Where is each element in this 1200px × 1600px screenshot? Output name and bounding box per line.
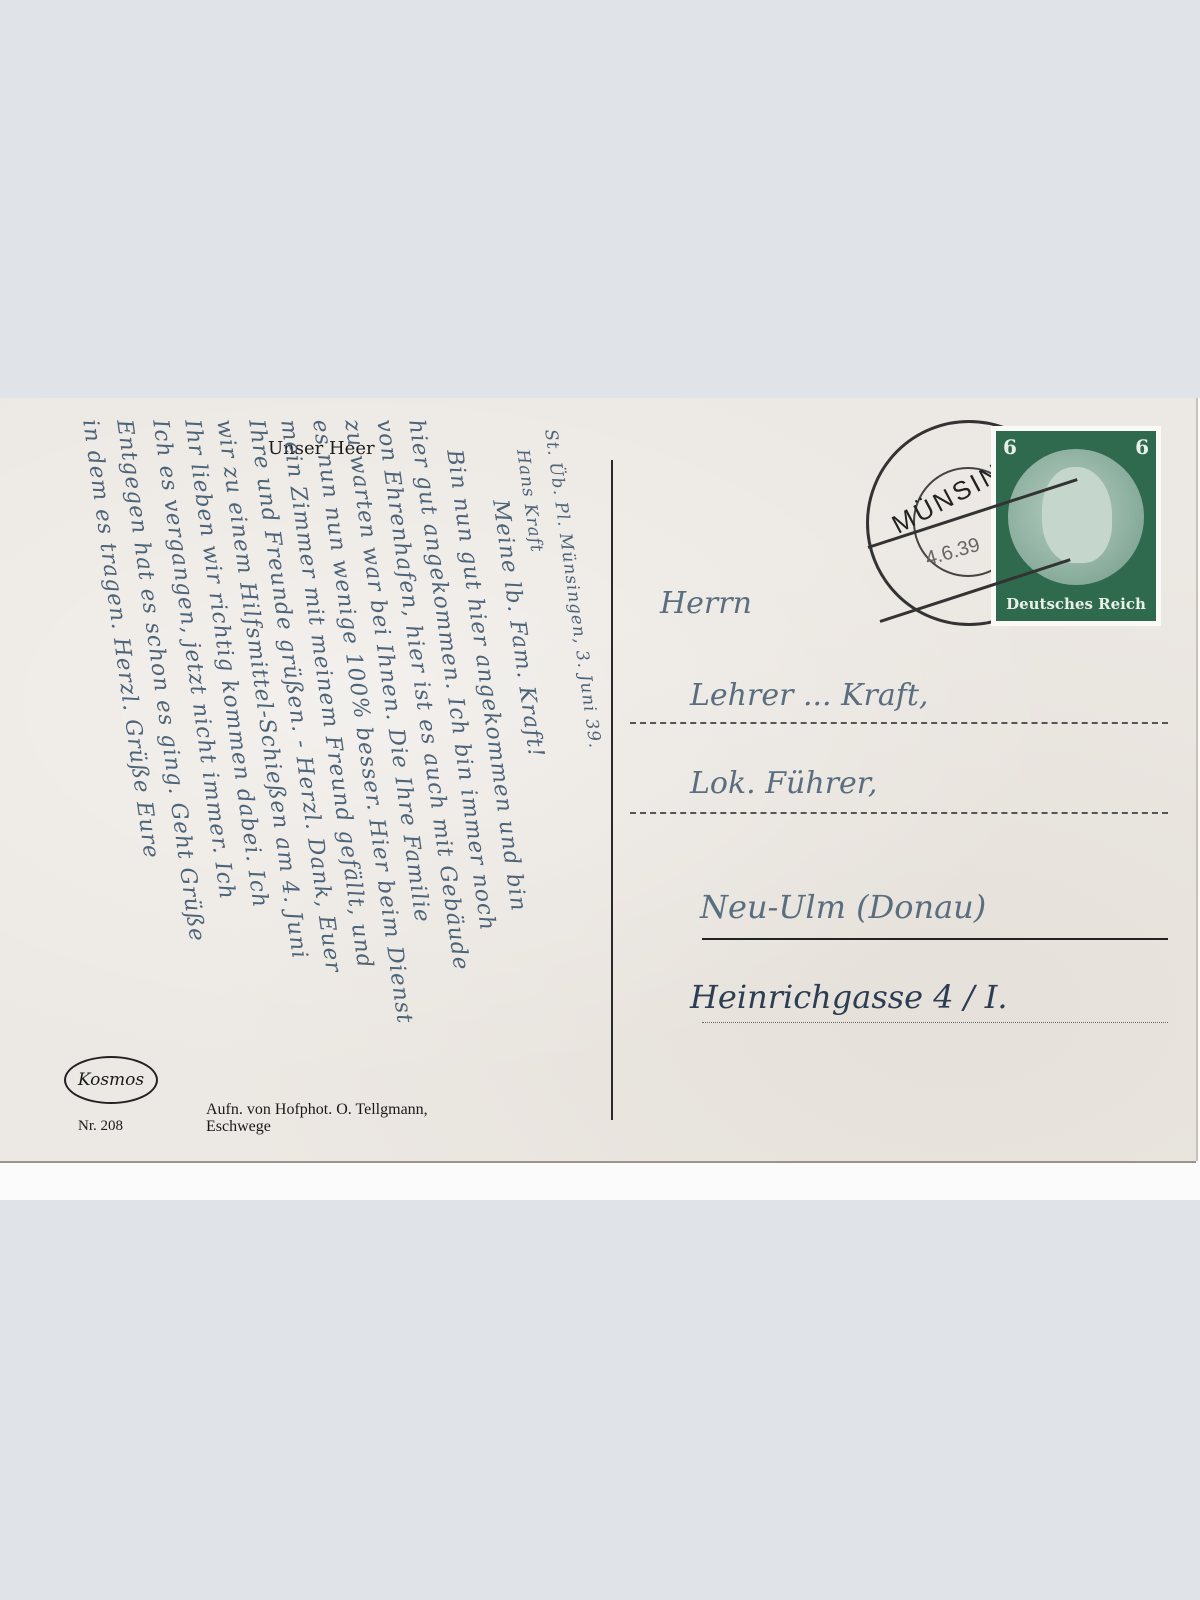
postcard: Unser Heer St. Üb. Pl. Münsingen, 3. Jun… <box>0 398 1196 1161</box>
publisher-number: Nr. 208 <box>78 1118 123 1135</box>
address-line1: Lehrer ... Kraft, <box>690 678 928 713</box>
photo-credit: Aufn. von Hofphot. O. Tellgmann, Eschweg… <box>206 1101 428 1135</box>
handwritten-message: St. Üb. Pl. Münsingen, 3. Juni 39. Hans … <box>20 408 600 1108</box>
address-city: Neu-Ulm (Donau) <box>700 888 986 926</box>
divider-line <box>611 460 613 1120</box>
sender-dateline: St. Üb. Pl. Münsingen, 3. Juni 39. <box>540 428 605 750</box>
stamp-face: 6 6 Deutsches Reich <box>996 431 1156 621</box>
address-street: Heinrichgasse 4 / I. <box>690 978 1008 1016</box>
stamp-label: Deutsches Reich <box>996 595 1156 613</box>
address-salutation: Herrn <box>660 586 752 621</box>
kosmos-logo: Kosmos <box>64 1056 158 1104</box>
address-line-rule <box>702 1022 1168 1023</box>
photo-credit-line: Eschwege <box>206 1118 428 1135</box>
stamp-value-right: 6 <box>1135 435 1149 459</box>
address-line2: Lok. Führer, <box>690 766 877 801</box>
postage-stamp: 6 6 Deutsches Reich <box>991 426 1161 626</box>
photo-credit-line: Aufn. von Hofphot. O. Tellgmann, <box>206 1101 428 1118</box>
address-line-rule <box>630 812 1168 814</box>
portrait-profile-icon <box>1008 449 1144 585</box>
stamp-value-left: 6 <box>1003 435 1017 459</box>
address-line-rule <box>630 722 1168 724</box>
address-city-rule <box>702 938 1168 940</box>
